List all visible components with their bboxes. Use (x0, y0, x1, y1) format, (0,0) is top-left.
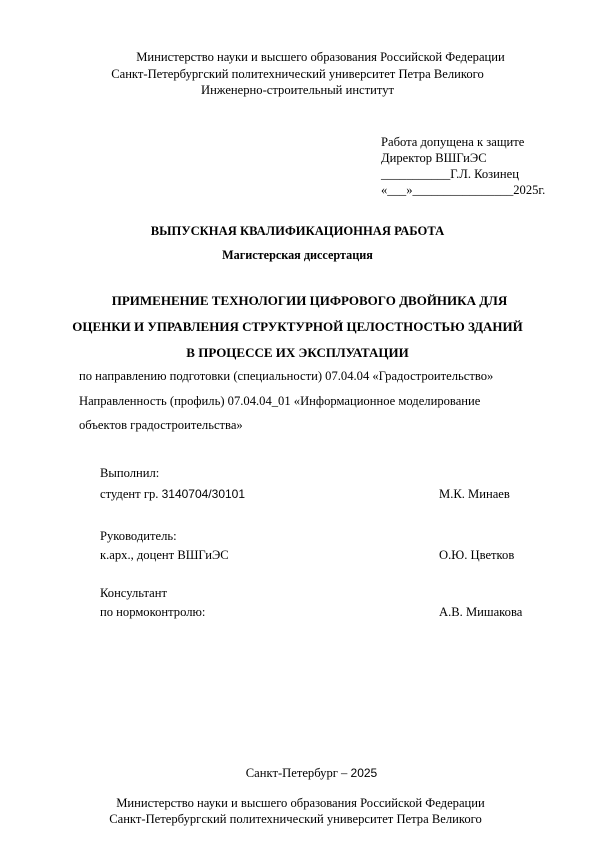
signature-name: О.Ю. Цветков (439, 547, 514, 563)
header-university: Санкт-Петербургский политехнический унив… (0, 66, 595, 82)
direction-profile-cont: объектов градостроительства» (79, 417, 243, 433)
signature-desc-prefix: студент гр. (100, 487, 162, 501)
work-subtype-heading: Магистерская диссертация (0, 248, 595, 263)
direction-specialty: по направлению подготовки (специальности… (79, 368, 493, 384)
group-number: 3140704/30101 (162, 487, 245, 501)
year: 2025 (351, 766, 378, 780)
signature-description: по нормоконтролю: (100, 604, 205, 620)
header-institute: Инженерно-строительный институт (0, 82, 595, 98)
approval-director: Директор ВШГиЭС (381, 150, 487, 166)
footer-university: Санкт-Петербургский политехнический унив… (0, 811, 593, 827)
signature-role: Выполнил: (100, 465, 159, 481)
city-year: Санкт-Петербург – 2025 (14, 766, 595, 781)
direction-profile: Направленность (профиль) 07.04.04_01 «Ин… (79, 393, 480, 409)
work-type-heading: ВЫПУСКНАЯ КВАЛИФИКАЦИОННАЯ РАБОТА (0, 224, 595, 239)
signature-role: Консультант (100, 585, 167, 601)
header-ministry: Министерство науки и высшего образования… (23, 49, 595, 65)
signature-description: студент гр. 3140704/30101 (100, 486, 245, 502)
thesis-title-line: ПРИМЕНЕНИЕ ТЕХНОЛОГИИ ЦИФРОВОГО ДВОЙНИКА… (12, 292, 595, 310)
approval-date: «___»________________2025г. (381, 182, 545, 198)
signature-description: к.арх., доцент ВШГиЭС (100, 547, 229, 563)
signature-name: А.В. Мишакова (439, 604, 522, 620)
thesis-title-line: В ПРОЦЕССЕ ИХ ЭКСПЛУАТАЦИИ (0, 344, 595, 362)
approval-signature: ___________Г.Л. Козинец (381, 166, 519, 182)
approval-admitted: Работа допущена к защите (381, 134, 524, 150)
city: Санкт-Петербург – (246, 766, 351, 780)
thesis-title-line: ОЦЕНКИ И УПРАВЛЕНИЯ СТРУКТУРНОЙ ЦЕЛОСТНО… (0, 318, 595, 336)
signature-role: Руководитель: (100, 528, 177, 544)
signature-name: М.К. Минаев (439, 486, 510, 502)
footer-ministry: Министерство науки и высшего образования… (3, 795, 595, 811)
